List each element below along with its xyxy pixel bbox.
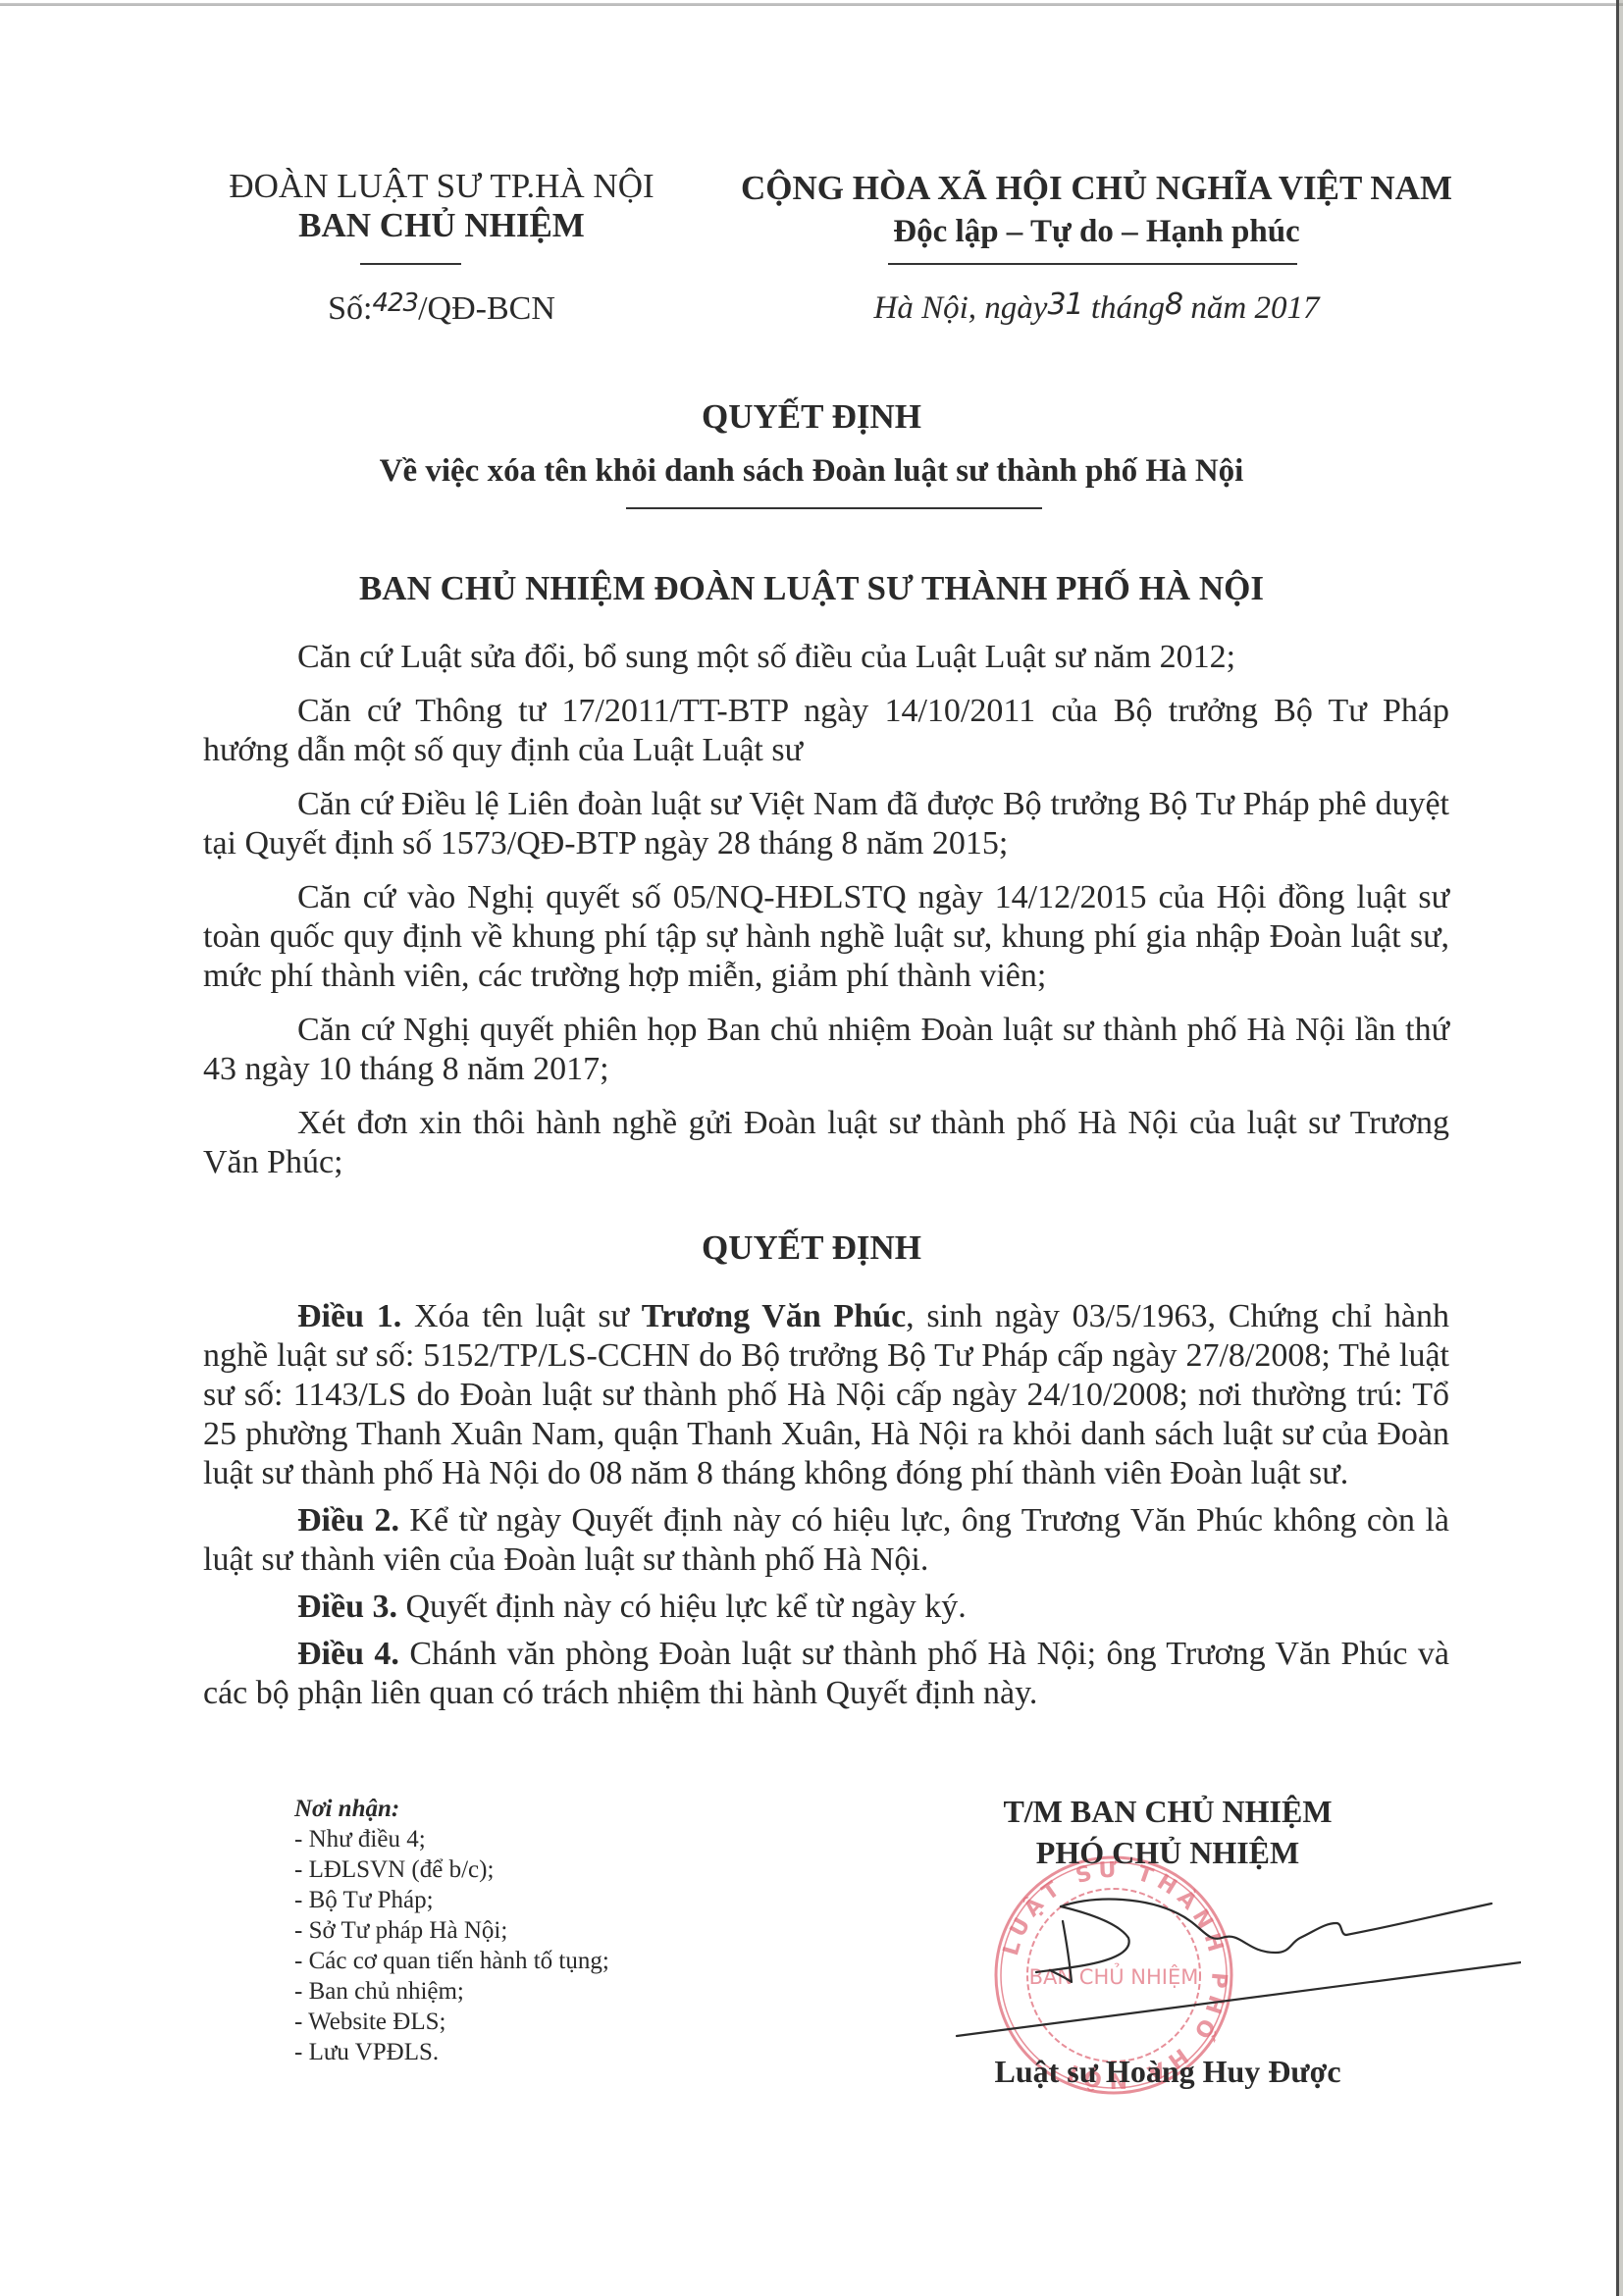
document-type-heading: QUYẾT ĐỊNH <box>0 397 1623 437</box>
article-3: Điều 3. Quyết định này có hiệu lực kể từ… <box>203 1588 1449 1627</box>
date-month-label: tháng <box>1091 290 1165 326</box>
document-number: Số:423/QĐ-BCN <box>211 290 672 328</box>
date-month-handwritten: 8 <box>1165 287 1182 322</box>
signer-name: Luật sư Hoàng Huy Được <box>922 2054 1413 2090</box>
article-4: Điều 4. Chánh văn phòng Đoàn luật sư thà… <box>203 1635 1449 1713</box>
republic-name: CỘNG HÒA XÃ HỘI CHỦ NGHĨA VIỆT NAM <box>731 167 1462 210</box>
scan-edge-top <box>0 3 1623 6</box>
place-date: Hà Nội, ngày31 tháng8 năm 2017 <box>731 290 1462 327</box>
article-label: Điều 2. <box>297 1502 399 1539</box>
issuer-department: BAN CHỦ NHIỆM <box>211 206 672 245</box>
preamble-item: Xét đơn xin thôi hành nghề gửi Đoàn luật… <box>203 1104 1449 1182</box>
articles: Điều 1. Xóa tên luật sư Trương Văn Phúc,… <box>203 1297 1449 1713</box>
issuer-block: ĐOÀN LUẬT SƯ TP.HÀ NỘI BAN CHỦ NHIỆM <box>211 167 672 245</box>
article-label: Điều 3. <box>297 1589 397 1625</box>
number-handwritten: 423 <box>372 288 418 318</box>
preamble-item: Căn cứ vào Nghị quyết số 05/NQ-HĐLSTQ ng… <box>203 878 1449 996</box>
document-page: ĐOÀN LUẬT SƯ TP.HÀ NỘI BAN CHỦ NHIỆM Số:… <box>0 0 1623 2296</box>
preamble-item: Căn cứ Điều lệ Liên đoàn luật sư Việt Na… <box>203 785 1449 863</box>
recipient-item: - Website ĐLS; <box>294 2007 609 2037</box>
recipient-item: - Lưu VPĐLS. <box>294 2037 609 2067</box>
number-prefix: Số: <box>328 290 372 327</box>
preamble-item: Căn cứ Thông tư 17/2011/TT-BTP ngày 14/1… <box>203 692 1449 770</box>
issuer-underline <box>360 263 461 265</box>
person-name: Trương Văn Phúc <box>642 1298 906 1334</box>
signature-block: T/M BAN CHỦ NHIỆM PHÓ CHỦ NHIỆM <box>922 1791 1413 1873</box>
handwritten-signature-icon <box>952 1884 1521 2080</box>
decision-heading: QUYẾT ĐỊNH <box>0 1228 1623 1268</box>
recipients-label: Nơi nhận: <box>294 1794 609 1824</box>
recipient-item: - Các cơ quan tiến hành tố tụng; <box>294 1946 609 1976</box>
date-year: năm 2017 <box>1190 290 1319 326</box>
document-subject: Về việc xóa tên khỏi danh sách Đoàn luật… <box>0 453 1623 490</box>
on-behalf-label: T/M BAN CHỦ NHIỆM <box>922 1791 1413 1832</box>
article-text: Xóa tên luật sư <box>401 1298 642 1334</box>
article-2: Điều 2. Kể từ ngày Quyết định này có hiệ… <box>203 1501 1449 1580</box>
recipient-item: - LĐLSVN (để b/c); <box>294 1854 609 1885</box>
recipient-item: - Bộ Tư Pháp; <box>294 1885 609 1915</box>
signer-position: PHÓ CHỦ NHIỆM <box>922 1832 1413 1873</box>
recipients-block: Nơi nhận: - Như điều 4; - LĐLSVN (để b/c… <box>294 1794 609 2067</box>
subject-underline <box>626 507 1042 509</box>
article-text: Quyết định này có hiệu lực kể từ ngày ký… <box>397 1589 967 1625</box>
recipient-item: - Sở Tư pháp Hà Nội; <box>294 1915 609 1946</box>
date-day-handwritten: 31 <box>1047 287 1082 322</box>
date-prefix: Hà Nội, ngày <box>874 290 1048 326</box>
article-label: Điều 4. <box>297 1636 399 1672</box>
preamble: Căn cứ Luật sửa đổi, bổ sung một số điều… <box>203 638 1449 1182</box>
national-header: CỘNG HÒA XÃ HỘI CHỦ NGHĨA VIỆT NAM Độc l… <box>731 167 1462 253</box>
issuing-authority: BAN CHỦ NHIỆM ĐOÀN LUẬT SƯ THÀNH PHỐ HÀ … <box>0 569 1623 608</box>
article-label: Điều 1. <box>297 1298 401 1334</box>
article-1: Điều 1. Xóa tên luật sư Trương Văn Phúc,… <box>203 1297 1449 1493</box>
preamble-item: Căn cứ Nghị quyết phiên họp Ban chủ nhiệ… <box>203 1011 1449 1089</box>
national-motto: Độc lập – Tự do – Hạnh phúc <box>731 210 1462 253</box>
scan-edge-shadow <box>1619 0 1623 2296</box>
motto-underline <box>888 263 1297 265</box>
issuer-organization: ĐOÀN LUẬT SƯ TP.HÀ NỘI <box>211 167 672 206</box>
preamble-item: Căn cứ Luật sửa đổi, bổ sung một số điều… <box>203 638 1449 677</box>
scan-edge-right <box>1616 0 1619 2296</box>
recipient-item: - Ban chủ nhiệm; <box>294 1976 609 2007</box>
number-suffix: /QĐ-BCN <box>418 290 555 327</box>
recipient-item: - Như điều 4; <box>294 1824 609 1854</box>
